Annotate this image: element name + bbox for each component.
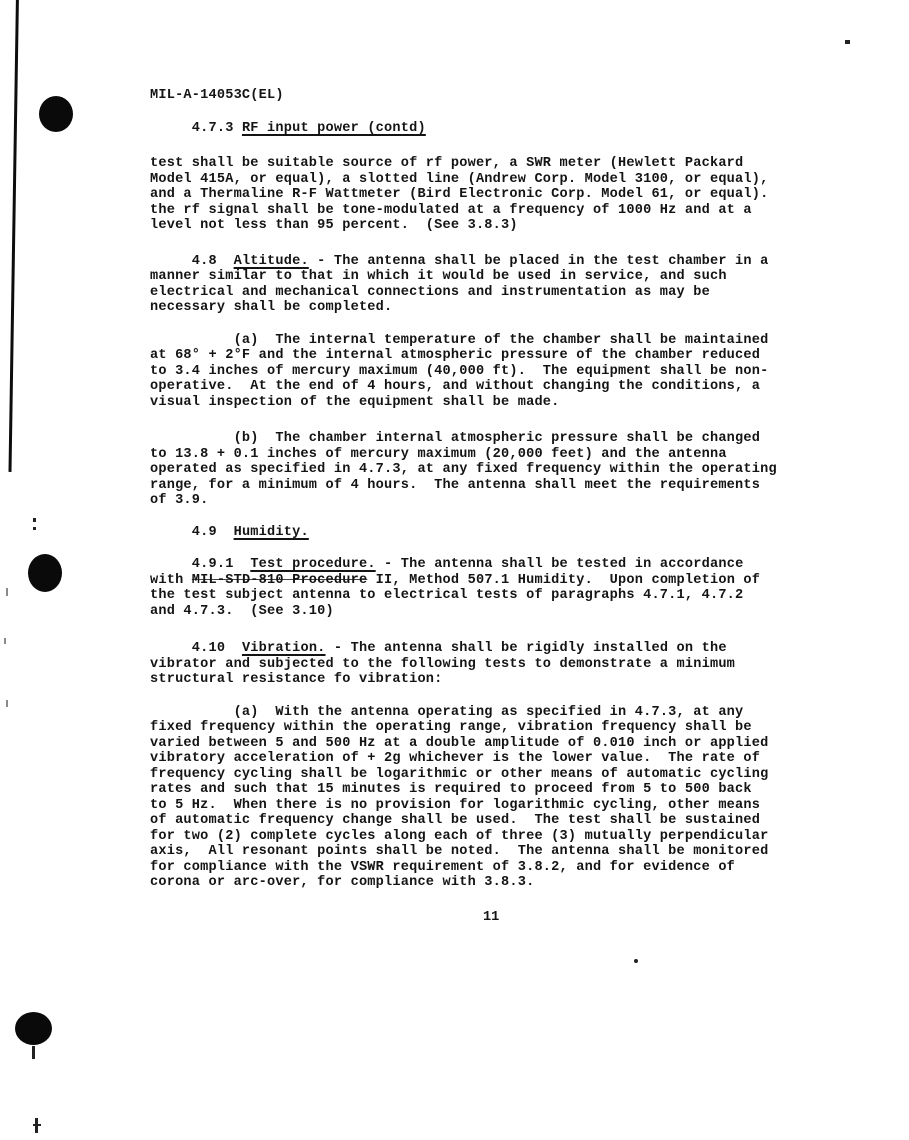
- scan-speck: [33, 518, 36, 522]
- mil-std-810-reference: MIL-STD-810 Procedure: [192, 573, 368, 588]
- section-title-humidity: Humidity.: [234, 525, 309, 540]
- section-title-test-procedure: Test procedure.: [250, 557, 375, 572]
- section-heading-4-7-3: 4.7.3 RF input power (contd): [150, 121, 830, 137]
- scan-speck: [845, 40, 850, 44]
- scan-speck: [33, 1124, 41, 1126]
- paragraph-vibration-item-a: (a) With the antenna operating as specif…: [150, 705, 830, 891]
- scan-edge-dash-artifact: [6, 700, 8, 707]
- section-title-rf-input-power: RF input power (contd): [242, 121, 426, 136]
- paragraph-altitude: 4.8 Altitude. - The antenna shall be pla…: [150, 254, 830, 316]
- section-number-4-7-3: 4.7.3: [150, 121, 242, 136]
- scan-speck: [32, 1046, 35, 1059]
- section-number-4-9: 4.9: [150, 525, 234, 540]
- document-content: MIL-A-14053C(EL) 4.7.3 RF input power (c…: [150, 88, 830, 891]
- hole-punch-dot-middle: [28, 554, 62, 592]
- paragraph-rf-input-power: test shall be suitable source of rf powe…: [150, 156, 830, 234]
- scan-edge-dash-artifact: [6, 588, 8, 596]
- scan-speck: [33, 527, 36, 530]
- page-number: 11: [483, 910, 499, 926]
- section-heading-4-9: 4.9 Humidity.: [150, 525, 830, 541]
- document-id: MIL-A-14053C(EL): [150, 88, 830, 104]
- section-number-4-10: 4.10: [150, 641, 242, 656]
- hole-punch-dot-bottom: [15, 1012, 52, 1045]
- scanned-document-page: MIL-A-14053C(EL) 4.7.3 RF input power (c…: [0, 0, 909, 1140]
- section-title-altitude: Altitude.: [234, 254, 309, 269]
- hole-punch-dot-top: [39, 96, 73, 132]
- section-number-4-9-1: 4.9.1: [150, 557, 250, 572]
- paragraph-test-procedure: 4.9.1 Test procedure. - The antenna shal…: [150, 557, 830, 619]
- section-number-4-8: 4.8: [150, 254, 234, 269]
- paragraph-vibration: 4.10 Vibration. - The antenna shall be r…: [150, 641, 830, 688]
- paragraph-altitude-item-a: (a) The internal temperature of the cham…: [150, 333, 830, 411]
- section-title-vibration: Vibration.: [242, 641, 326, 656]
- scan-speck: [634, 959, 638, 963]
- scan-edge-line-artifact: [8, 0, 19, 472]
- paragraph-altitude-item-b: (b) The chamber internal atmospheric pre…: [150, 431, 830, 509]
- scan-edge-dash-artifact: [4, 638, 6, 644]
